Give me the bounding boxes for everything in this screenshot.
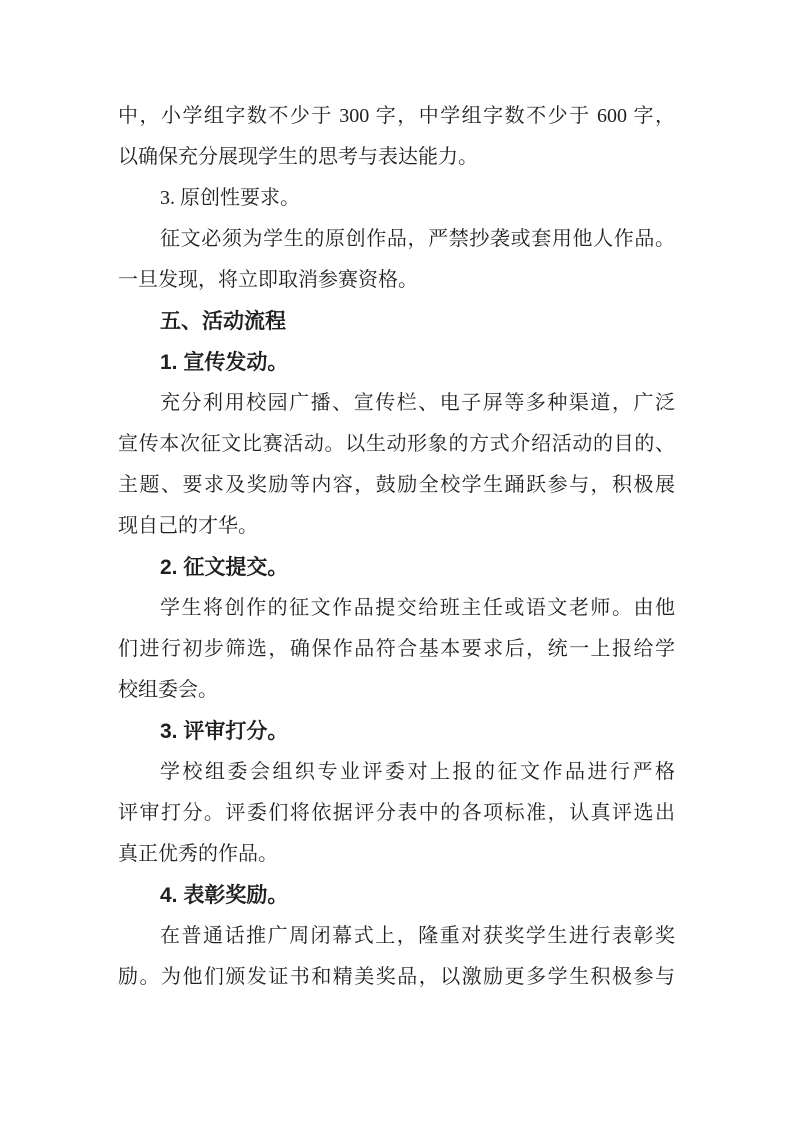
text-line: 学生将创作的征文作品提交给班主任或语文老师。由他 xyxy=(118,588,675,629)
text-line: 一旦发现，将立即取消参赛资格。 xyxy=(118,260,675,301)
document-text-block: 中，小学组字数不少于 300 字，中学组字数不少于 600 字，以确保充分展现学… xyxy=(118,96,675,998)
text-line: 校组委会。 xyxy=(118,670,675,711)
text-line: 4. 表彰奖励。 xyxy=(118,875,675,916)
text-line: 1. 宣传发动。 xyxy=(118,342,675,383)
text-line: 五、活动流程 xyxy=(118,301,675,342)
text-line: 学校组委会组织专业评委对上报的征文作品进行严格 xyxy=(118,752,675,793)
text-line: 中，小学组字数不少于 300 字，中学组字数不少于 600 字， xyxy=(118,96,675,137)
text-line: 们进行初步筛选，确保作品符合基本要求后，统一上报给学 xyxy=(118,629,675,670)
document-page: 中，小学组字数不少于 300 字，中学组字数不少于 600 字，以确保充分展现学… xyxy=(0,0,793,1122)
text-line: 宣传本次征文比赛活动。以生动形象的方式介绍活动的目的、 xyxy=(118,424,675,465)
text-line: 现自己的才华。 xyxy=(118,506,675,547)
text-line: 3. 原创性要求。 xyxy=(118,178,675,219)
text-line: 在普通话推广周闭幕式上，隆重对获奖学生进行表彰奖 xyxy=(118,916,675,957)
text-line: 真正优秀的作品。 xyxy=(118,834,675,875)
text-line: 励。为他们颁发证书和精美奖品，以激励更多学生积极参与 xyxy=(118,957,675,998)
text-line: 充分利用校园广播、宣传栏、电子屏等多种渠道，广泛 xyxy=(118,383,675,424)
text-line: 2. 征文提交。 xyxy=(118,547,675,588)
text-line: 评审打分。评委们将依据评分表中的各项标准，认真评选出 xyxy=(118,793,675,834)
text-line: 征文必须为学生的原创作品，严禁抄袭或套用他人作品。 xyxy=(118,219,675,260)
text-line: 3. 评审打分。 xyxy=(118,711,675,752)
text-line: 主题、要求及奖励等内容，鼓励全校学生踊跃参与，积极展 xyxy=(118,465,675,506)
text-line: 以确保充分展现学生的思考与表达能力。 xyxy=(118,137,675,178)
